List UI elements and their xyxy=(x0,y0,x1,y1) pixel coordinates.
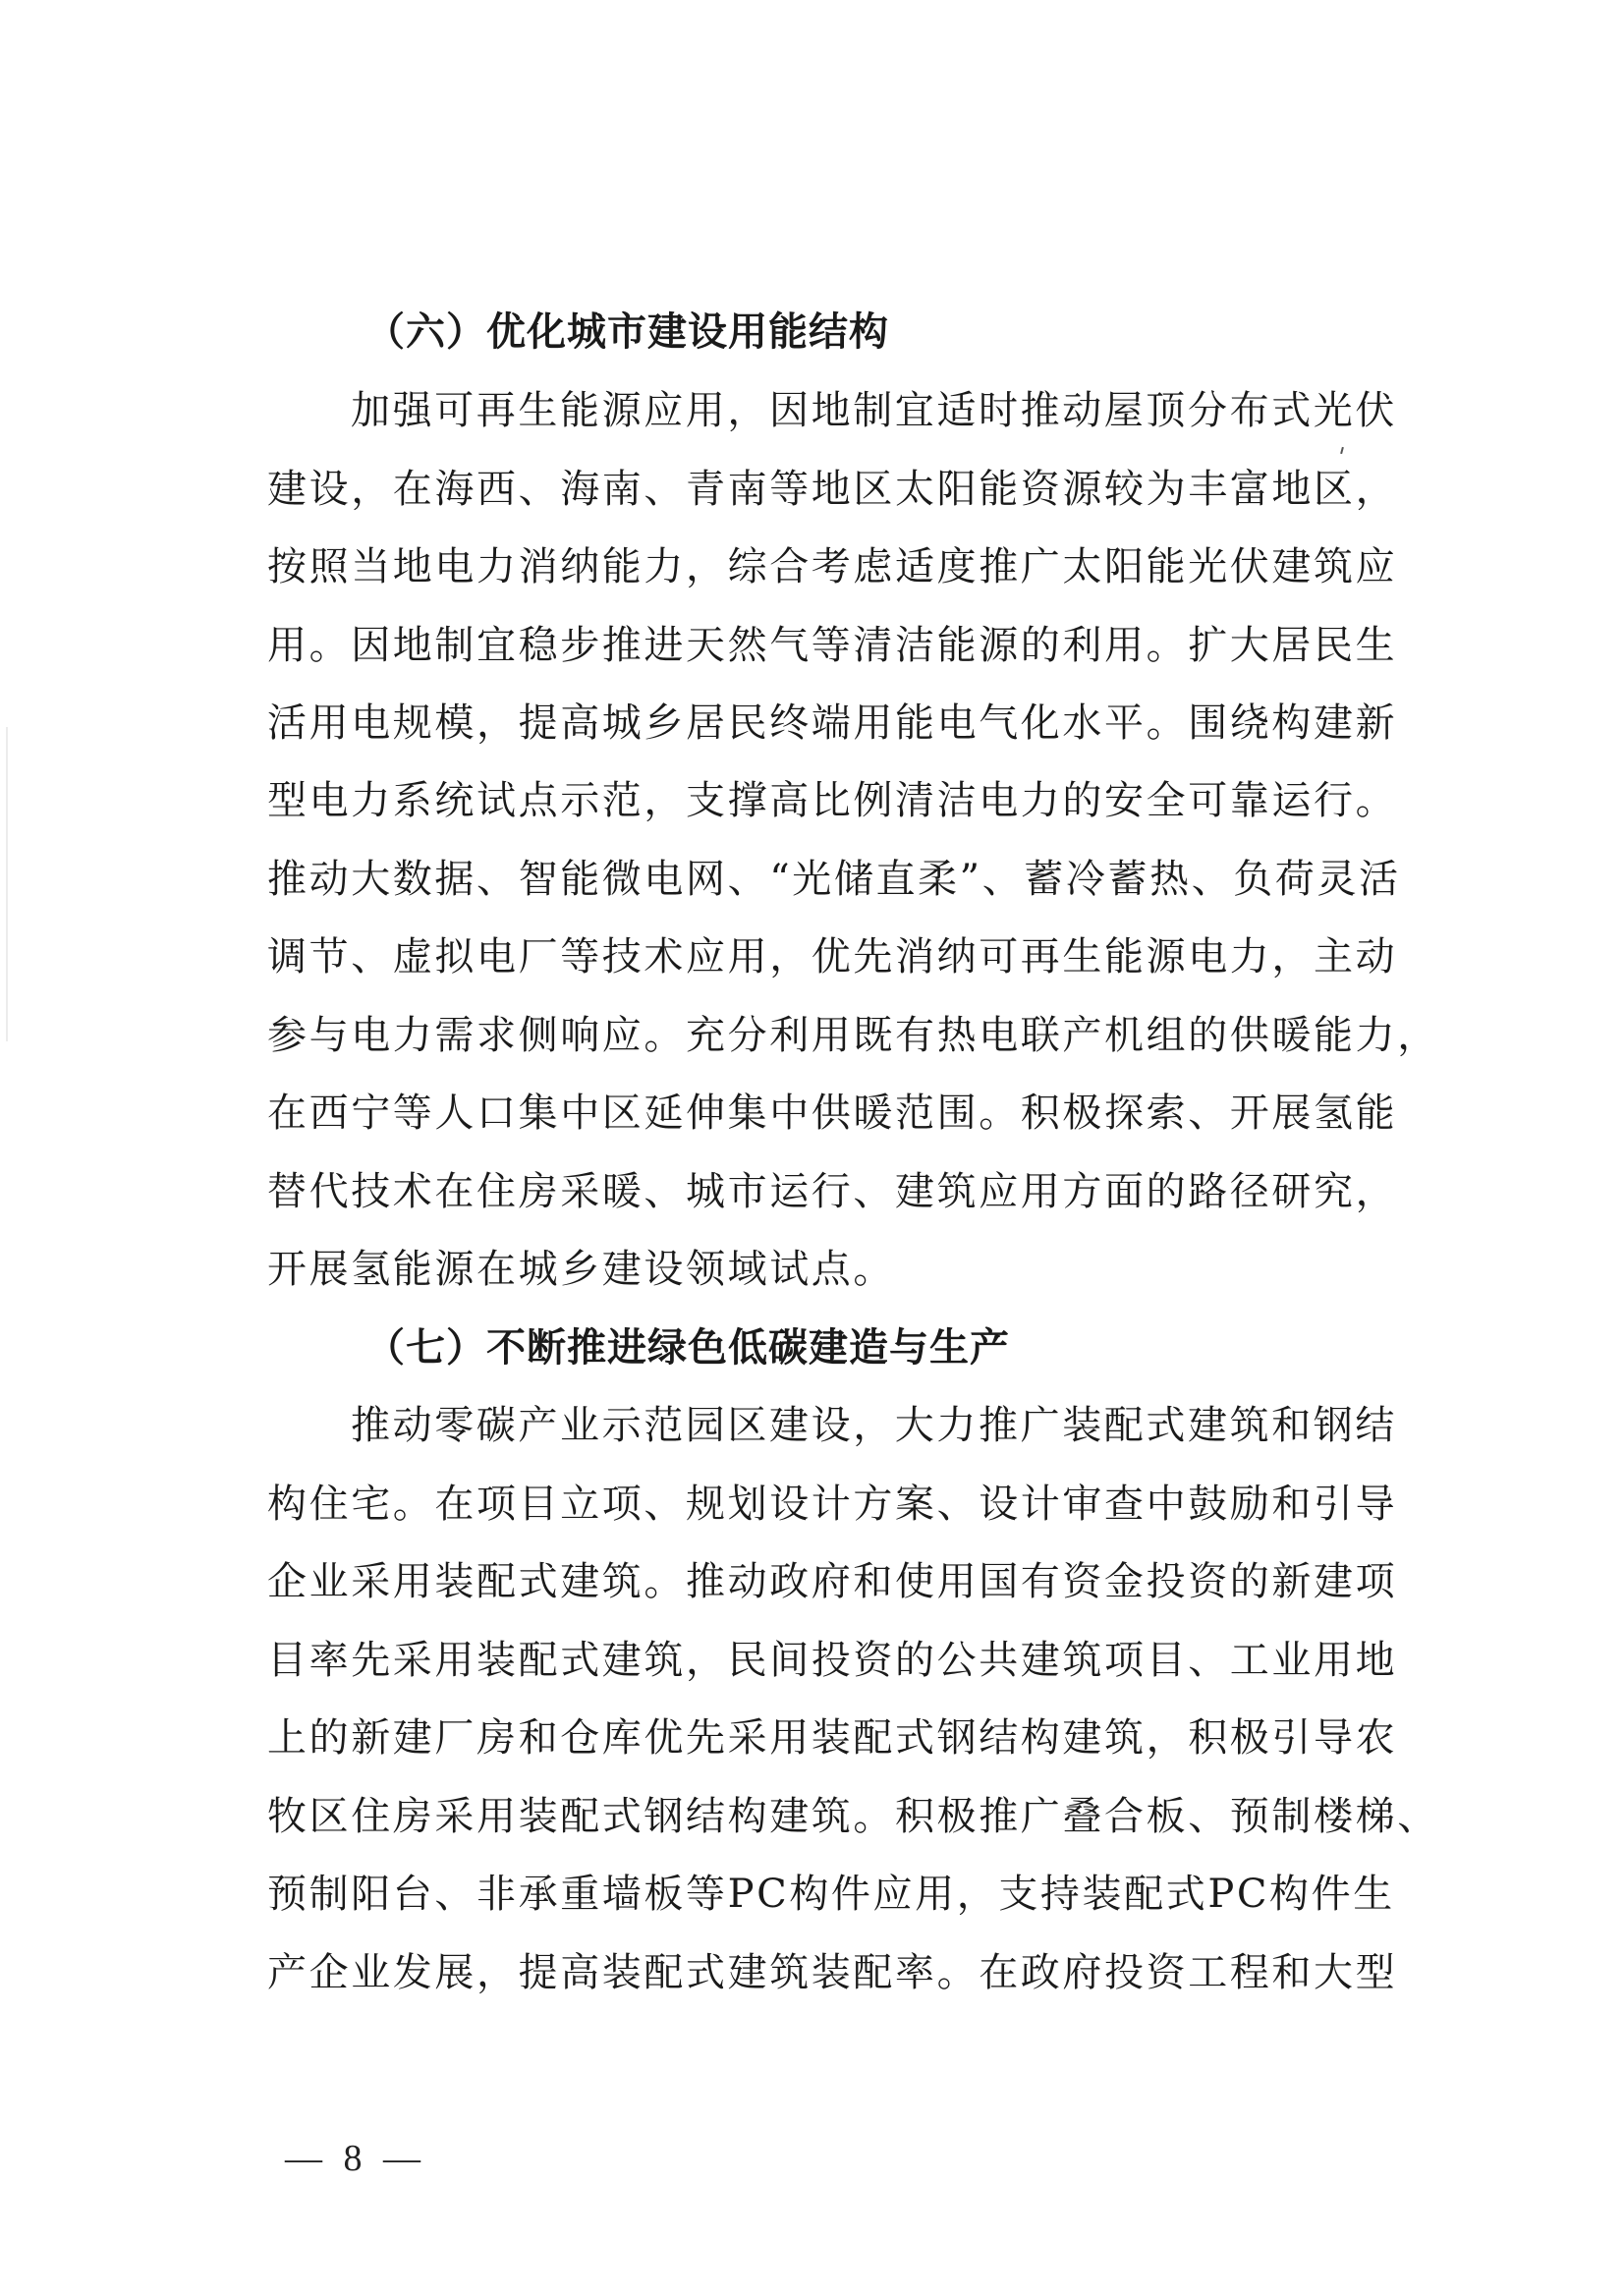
section-heading-7: （七）不断推进绿色低碳建造与生产 xyxy=(365,1318,1010,1377)
paragraph-line: 加强可再生能源应用，因地制宜适时推动屋顶分布式光伏 xyxy=(351,381,1397,440)
scan-speck xyxy=(1340,447,1344,454)
paragraph-line: 调节、虚拟电厂等技术应用，优先消纳可再生能源电力，主动 xyxy=(267,927,1397,986)
paragraph-line: 企业采用装配式建筑。推动政府和使用国有资金投资的新建项 xyxy=(267,1552,1397,1611)
paragraph-line: 按照当地电力消纳能力，综合考虑适度推广太阳能光伏建筑应 xyxy=(267,537,1397,596)
paragraph-line: 推动零碳产业示范园区建设，大力推广装配式建筑和钢结 xyxy=(351,1396,1397,1455)
paragraph-line: 构住宅。在项目立项、规划设计方案、设计审查中鼓励和引导 xyxy=(267,1475,1397,1534)
paragraph-line: 开展氢能源在城乡建设领域试点。 xyxy=(267,1240,895,1299)
paragraph-line: 活用电规模，提高城乡居民终端用能电气化水平。围绕构建新 xyxy=(267,694,1397,753)
paragraph-line: 推动大数据、智能微电网、“光储直柔”、蓄冷蓄热、负荷灵活 xyxy=(267,850,1401,909)
paragraph-line: 型电力系统试点示范，支撑高比例清洁电力的安全可靠运行。 xyxy=(267,771,1397,830)
paragraph-line: 牧区住房采用装配式钢结构建筑。积极推广叠合板、预制楼梯、 xyxy=(267,1787,1439,1846)
paragraph-line: 在西宁等人口集中区延伸集中供暖范围。积极探索、开展氢能 xyxy=(267,1084,1397,1143)
paragraph-line: 用。因地制宜稳步推进天然气等清洁能源的利用。扩大居民生 xyxy=(267,616,1397,675)
paragraph-line: 预制阳台、非承重墙板等PC构件应用，支持装配式PC构件生 xyxy=(267,1865,1395,1924)
paragraph-line: 上的新建厂房和仓库优先采用装配式钢结构建筑，积极引导农 xyxy=(267,1708,1397,1767)
paragraph-line: 目率先采用装配式建筑，民间投资的公共建筑项目、工业用地 xyxy=(267,1631,1397,1690)
paragraph-line: 建设，在海西、海南、青南等地区太阳能资源较为丰富地区， xyxy=(267,460,1397,519)
paragraph-line: 参与电力需求侧响应。充分利用既有热电联产机组的供暖能力， xyxy=(267,1006,1439,1065)
paragraph-line: 产企业发展，提高装配式建筑装配率。在政府投资工程和大型 xyxy=(267,1943,1397,2002)
section-heading-6: （六）优化城市建设用能结构 xyxy=(365,303,889,362)
scan-edge-artifact xyxy=(6,727,8,1041)
paragraph-line: 替代技术在住房采暖、城市运行、建筑应用方面的路径研究， xyxy=(267,1162,1397,1221)
page-number: — 8 — xyxy=(285,2134,426,2183)
